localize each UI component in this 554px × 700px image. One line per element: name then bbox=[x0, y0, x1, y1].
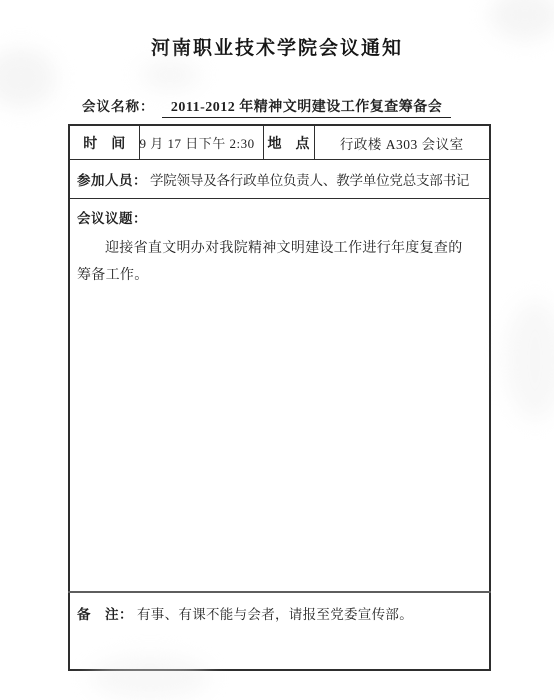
place-value: 行政楼 A303 会议室 bbox=[314, 125, 490, 160]
time-place-row: 时 间 9 月 17 日下午 2:30 地 点 行政楼 A303 会议室 bbox=[69, 125, 490, 160]
meeting-name-row: 会议名称： 2011-2012 年精神文明建设工作复查筹备会 bbox=[82, 95, 554, 118]
time-label: 时 间 bbox=[69, 125, 139, 160]
meeting-name-value: 2011-2012 年精神文明建设工作复查筹备会 bbox=[162, 96, 451, 118]
meeting-notice-document: 河南职业技术学院会议通知 会议名称： 2011-2012 年精神文明建设工作复查… bbox=[0, 0, 554, 700]
participants-label: 参加人员： bbox=[77, 173, 147, 188]
meeting-name-label: 会议名称： bbox=[82, 99, 155, 114]
remarks-value: 有事、有课不能与会者，请报至党委宣传部。 bbox=[137, 607, 413, 622]
agenda-label: 会议议题： bbox=[77, 207, 482, 227]
remarks-label: 备 注： bbox=[77, 607, 133, 622]
meeting-info-table: 时 间 9 月 17 日下午 2:30 地 点 行政楼 A303 会议室 参加人… bbox=[68, 124, 491, 671]
scan-artifact bbox=[140, 60, 200, 90]
participants-value: 学院领导及各行政单位负责人、教学单位党总支部书记 bbox=[150, 173, 469, 188]
place-label: 地 点 bbox=[263, 125, 314, 160]
scan-artifact bbox=[90, 655, 210, 700]
participants-cell: 参加人员：学院领导及各行政单位负责人、教学单位党总支部书记 bbox=[69, 160, 490, 199]
agenda-cell: 会议议题： 迎接省直文明办对我院精神文明建设工作进行年度复查的筹备工作。 bbox=[69, 199, 490, 593]
document-title: 河南职业技术学院会议通知 bbox=[0, 0, 554, 60]
agenda-row: 会议议题： 迎接省直文明办对我院精神文明建设工作进行年度复查的筹备工作。 bbox=[69, 199, 490, 593]
scan-artifact bbox=[505, 300, 554, 420]
time-value: 9 月 17 日下午 2:30 bbox=[139, 125, 263, 160]
participants-row: 参加人员：学院领导及各行政单位负责人、教学单位党总支部书记 bbox=[69, 160, 490, 199]
agenda-text: 迎接省直文明办对我院精神文明建设工作进行年度复查的筹备工作。 bbox=[77, 235, 476, 290]
